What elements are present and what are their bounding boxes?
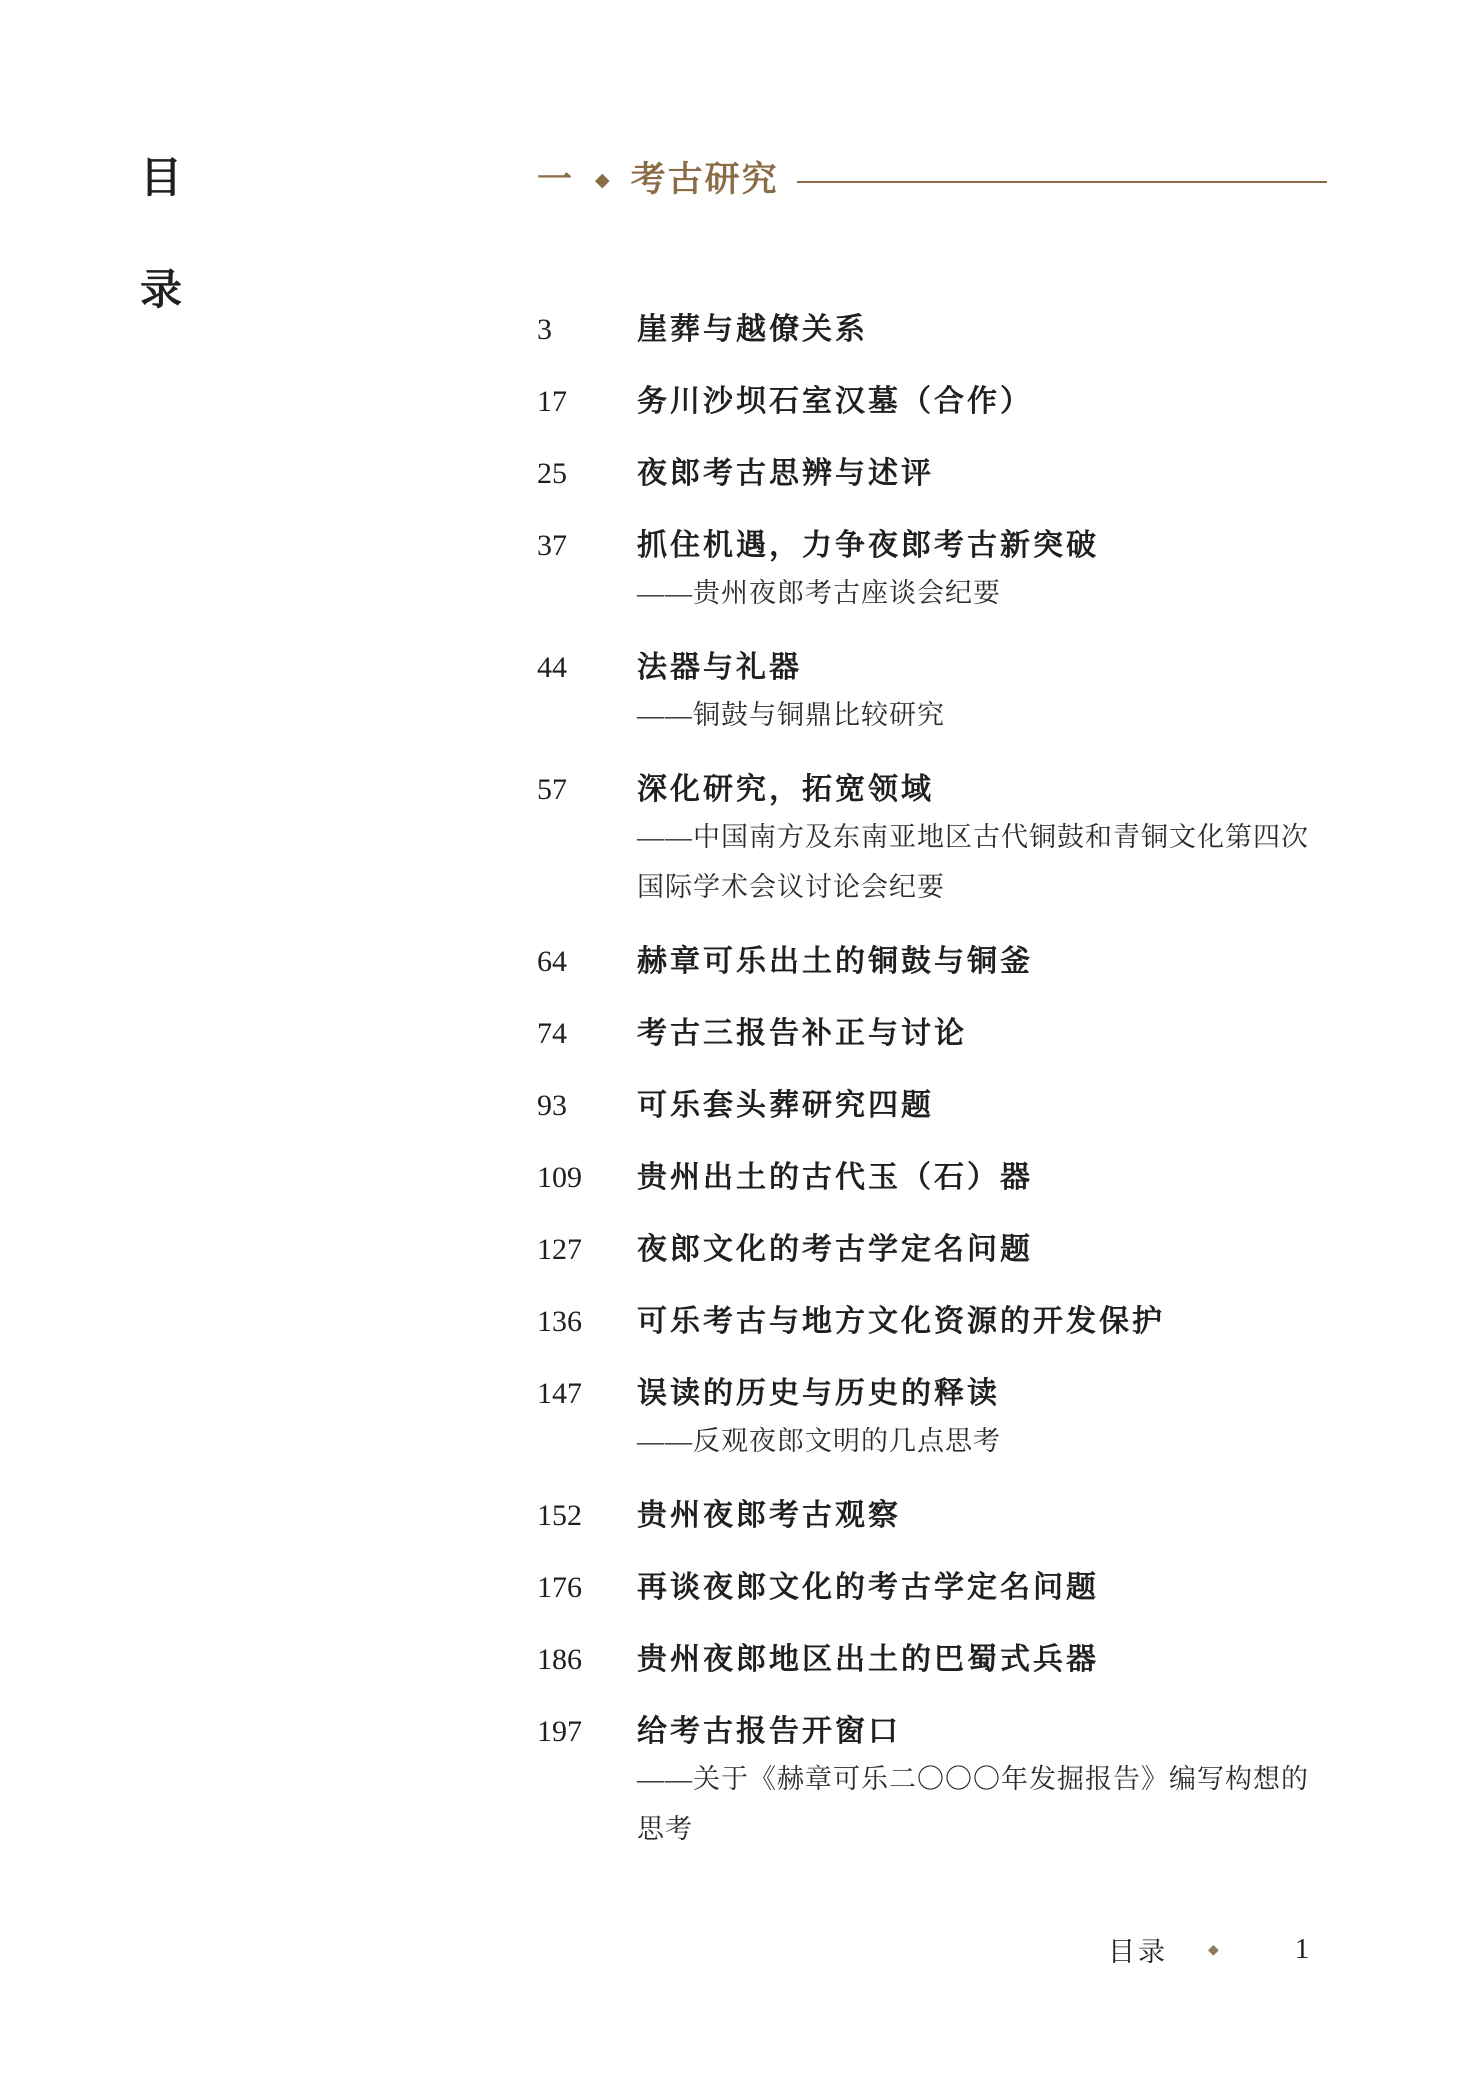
entry-title: 考古三报告补正与讨论	[637, 1016, 1347, 1052]
entry-text: 夜郎考古思辨与述评	[637, 456, 1347, 492]
toc-entry: 44 法器与礼器 ——铜鼓与铜鼎比较研究	[537, 650, 1347, 736]
entry-text: 误读的历史与历史的释读 ——反观夜郎文明的几点思考	[637, 1376, 1347, 1462]
footer-label: 目录	[1108, 1930, 1168, 1969]
toc-entry: 57 深化研究，拓宽领域 ——中国南方及东南亚地区古代铜鼓和青铜文化第四次国际学…	[537, 772, 1347, 908]
entry-page-number: 57	[537, 772, 637, 808]
toc-entry: 176 再谈夜郎文化的考古学定名问题	[537, 1570, 1347, 1606]
section-number: 一	[537, 162, 572, 197]
entry-subtitle: ——贵州夜郎考古座谈会纪要	[637, 572, 1347, 614]
toc-entry: 127 夜郎文化的考古学定名问题	[537, 1232, 1347, 1268]
entry-text: 夜郎文化的考古学定名问题	[637, 1232, 1347, 1268]
entry-subtitles: ——贵州夜郎考古座谈会纪要	[637, 572, 1347, 614]
entry-text: 务川沙坝石室汉墓（合作）	[637, 384, 1347, 420]
toc-entry: 197 给考古报告开窗口 ——关于《赫章可乐二〇〇〇年发掘报告》编写构想的思考	[537, 1714, 1347, 1850]
entry-title: 贵州出土的古代玉（石）器	[637, 1160, 1347, 1196]
entry-page-number: 37	[537, 528, 637, 564]
entry-title: 法器与礼器	[637, 650, 1347, 686]
entry-text: 再谈夜郎文化的考古学定名问题	[637, 1570, 1347, 1606]
toc-list: 3 崖葬与越僚关系 17 务川沙坝石室汉墓（合作） 25 夜郎考古思辨与述评 3…	[537, 312, 1347, 1886]
entry-title: 赫章可乐出土的铜鼓与铜釜	[637, 944, 1347, 980]
entry-title: 再谈夜郎文化的考古学定名问题	[637, 1570, 1347, 1606]
diamond-icon: ◆	[595, 171, 610, 190]
entry-page-number: 147	[537, 1376, 637, 1412]
entry-text: 贵州出土的古代玉（石）器	[637, 1160, 1347, 1196]
toc-entry: 74 考古三报告补正与讨论	[537, 1016, 1347, 1052]
toc-entry: 186 贵州夜郎地区出土的巴蜀式兵器	[537, 1642, 1347, 1678]
toc-label-char-top: 目	[140, 158, 182, 200]
page-footer: 目录 ◆ 1	[1108, 1930, 1309, 1969]
header-rule	[797, 181, 1327, 183]
toc-entry: 3 崖葬与越僚关系	[537, 312, 1347, 348]
entry-text: 贵州夜郎地区出土的巴蜀式兵器	[637, 1642, 1347, 1678]
entry-subtitle: ——铜鼓与铜鼎比较研究	[637, 694, 1347, 736]
toc-entry: 64 赫章可乐出土的铜鼓与铜釜	[537, 944, 1347, 980]
entry-title: 深化研究，拓宽领域	[637, 772, 1347, 808]
entry-text: 赫章可乐出土的铜鼓与铜釜	[637, 944, 1347, 980]
entry-page-number: 186	[537, 1642, 637, 1678]
entry-page-number: 25	[537, 456, 637, 492]
entry-text: 给考古报告开窗口 ——关于《赫章可乐二〇〇〇年发掘报告》编写构想的思考	[637, 1714, 1347, 1850]
entry-subtitles: ——中国南方及东南亚地区古代铜鼓和青铜文化第四次国际学术会议讨论会纪要	[637, 816, 1347, 908]
entry-page-number: 197	[537, 1714, 637, 1750]
toc-entry: 17 务川沙坝石室汉墓（合作）	[537, 384, 1347, 420]
entry-page-number: 64	[537, 944, 637, 980]
entry-title: 可乐套头葬研究四题	[637, 1088, 1347, 1124]
entry-subtitles: ——关于《赫章可乐二〇〇〇年发掘报告》编写构想的思考	[637, 1758, 1347, 1850]
entry-title: 夜郎考古思辨与述评	[637, 456, 1347, 492]
entry-page-number: 3	[537, 312, 637, 348]
entry-text: 法器与礼器 ——铜鼓与铜鼎比较研究	[637, 650, 1347, 736]
toc-entry: 152 贵州夜郎考古观察	[537, 1498, 1347, 1534]
entry-subtitle: 思考	[637, 1808, 1347, 1850]
entry-subtitle: ——关于《赫章可乐二〇〇〇年发掘报告》编写构想的	[637, 1758, 1347, 1800]
entry-text: 可乐考古与地方文化资源的开发保护	[637, 1304, 1347, 1340]
entry-title: 误读的历史与历史的释读	[637, 1376, 1347, 1412]
entry-page-number: 127	[537, 1232, 637, 1268]
entry-page-number: 93	[537, 1088, 637, 1124]
entry-text: 考古三报告补正与讨论	[637, 1016, 1347, 1052]
entry-page-number: 74	[537, 1016, 637, 1052]
toc-label-char-bottom: 录	[140, 270, 182, 312]
entry-title: 给考古报告开窗口	[637, 1714, 1347, 1750]
entry-text: 深化研究，拓宽领域 ——中国南方及东南亚地区古代铜鼓和青铜文化第四次国际学术会议…	[637, 772, 1347, 908]
entry-page-number: 109	[537, 1160, 637, 1196]
entry-page-number: 152	[537, 1498, 637, 1534]
entry-text: 抓住机遇，力争夜郎考古新突破 ——贵州夜郎考古座谈会纪要	[637, 528, 1347, 614]
entry-title: 夜郎文化的考古学定名问题	[637, 1232, 1347, 1268]
entry-subtitles: ——铜鼓与铜鼎比较研究	[637, 694, 1347, 736]
toc-entry: 136 可乐考古与地方文化资源的开发保护	[537, 1304, 1347, 1340]
footer-page-number: 1	[1295, 1933, 1310, 1966]
toc-entry: 147 误读的历史与历史的释读 ——反观夜郎文明的几点思考	[537, 1376, 1347, 1462]
entry-title: 可乐考古与地方文化资源的开发保护	[637, 1304, 1347, 1340]
section-title: 考古研究	[631, 162, 779, 197]
entry-page-number: 136	[537, 1304, 637, 1340]
entry-subtitles: ——反观夜郎文明的几点思考	[637, 1420, 1347, 1462]
toc-entry: 109 贵州出土的古代玉（石）器	[537, 1160, 1347, 1196]
entry-page-number: 176	[537, 1570, 637, 1606]
diamond-icon: ◆	[1208, 1942, 1219, 1959]
toc-vertical-label: 目 录	[140, 158, 182, 312]
toc-entry: 37 抓住机遇，力争夜郎考古新突破 ——贵州夜郎考古座谈会纪要	[537, 528, 1347, 614]
entry-title: 抓住机遇，力争夜郎考古新突破	[637, 528, 1347, 564]
entry-title: 崖葬与越僚关系	[637, 312, 1347, 348]
entry-title: 贵州夜郎地区出土的巴蜀式兵器	[637, 1642, 1347, 1678]
entry-text: 可乐套头葬研究四题	[637, 1088, 1347, 1124]
toc-entry: 25 夜郎考古思辨与述评	[537, 456, 1347, 492]
section-header: 一 ◆ 考古研究	[537, 162, 1327, 197]
entry-title: 贵州夜郎考古观察	[637, 1498, 1347, 1534]
entry-subtitle: ——反观夜郎文明的几点思考	[637, 1420, 1347, 1462]
entry-text: 崖葬与越僚关系	[637, 312, 1347, 348]
entry-subtitle: ——中国南方及东南亚地区古代铜鼓和青铜文化第四次	[637, 816, 1347, 858]
entry-page-number: 17	[537, 384, 637, 420]
entry-subtitle: 国际学术会议讨论会纪要	[637, 866, 1347, 908]
entry-text: 贵州夜郎考古观察	[637, 1498, 1347, 1534]
entry-title: 务川沙坝石室汉墓（合作）	[637, 384, 1347, 420]
toc-entry: 93 可乐套头葬研究四题	[537, 1088, 1347, 1124]
entry-page-number: 44	[537, 650, 637, 686]
